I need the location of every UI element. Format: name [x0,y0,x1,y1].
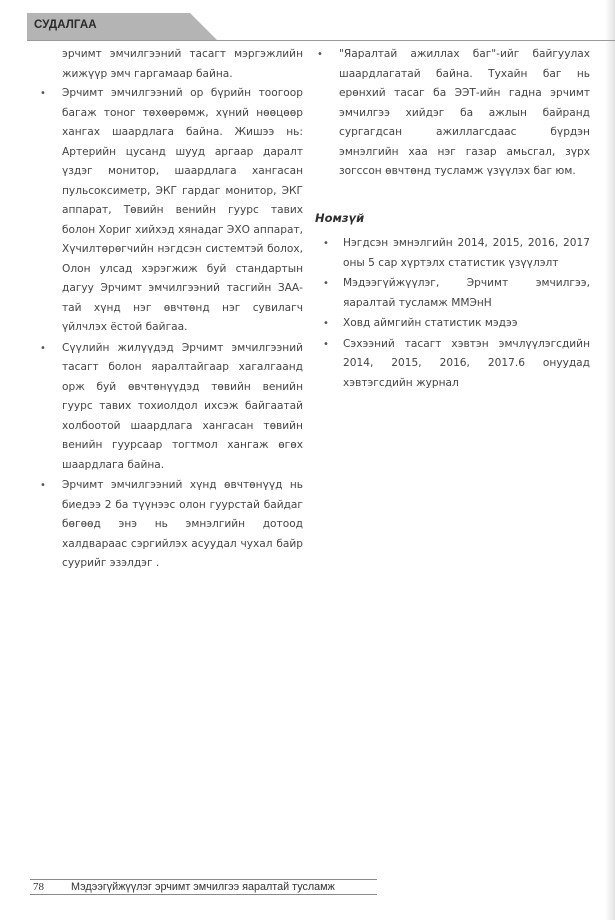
reference-item: Сэхээний тасагт хэвтэн эмчлүүлэгсдийн 20… [321,335,590,394]
publication-title: Мэдээгүйжүүлэг эрчимт эмчилгээ яаралтай … [71,881,335,893]
header-rule [27,40,615,41]
list-item: Эрчимт эмчилгээний ор бүрийн тоогоор баг… [38,84,303,338]
section-header: СУДАЛГАА [27,13,615,41]
section-title: СУДАЛГАА [34,19,97,31]
left-column: эрчимт эмчилгээний тасагт мэргэжлийн жиж… [38,45,303,575]
list-item: Сүүлийн жилүүдэд Эрчимт эмчилгээний таса… [38,339,303,476]
page-footer: 78 Мэдээгүйжүүлэг эрчимт эмчилгээ яаралт… [30,879,377,895]
recommendation-list-continued: "Яаралтай ажиллах баг"-ийг байгуулах шаа… [315,45,590,182]
reference-item: Нэгдсэн эмнэлгийн 2014, 2015, 2016, 2017… [321,234,590,273]
reference-item: Мэдээгүйжүүлэг, Эрчимт эмчилгээ, яаралта… [321,274,590,313]
reference-item: Ховд аймгийн статистик мэдээ [321,314,590,334]
references-heading: Номзүй [315,209,590,229]
list-item: "Яаралтай ажиллах баг"-ийг байгуулах шаа… [315,45,590,182]
recommendation-list: Эрчимт эмчилгээний ор бүрийн тоогоор баг… [38,84,303,574]
list-item: Эрчимт эмчилгээний хүнд өвчтөнүүд нь бие… [38,476,303,574]
right-column: "Яаралтай ажиллах баг"-ийг байгуулах шаа… [315,45,590,394]
references-list: Нэгдсэн эмнэлгийн 2014, 2015, 2016, 2017… [315,234,590,393]
page-number: 78 [33,881,44,893]
continued-paragraph: эрчимт эмчилгээний тасагт мэргэжлийн жиж… [38,45,303,84]
page-edge-shade [605,0,615,920]
